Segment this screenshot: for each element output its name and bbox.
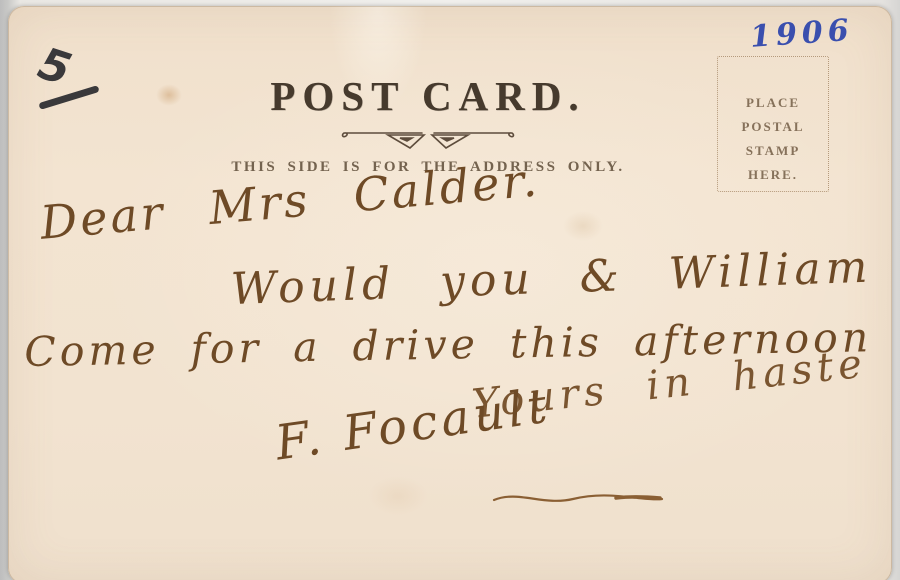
stamp-box-line: POSTAL: [718, 115, 828, 139]
signature-flourish-icon: [488, 484, 668, 514]
signature: F. Focault: [272, 377, 554, 471]
message-line: Would you & William: [230, 242, 873, 315]
stamp-box-line: PLACE: [718, 91, 828, 115]
flourish-divider-icon: [338, 126, 518, 154]
paper-stain: [368, 476, 428, 516]
stamp-box-line: STAMP: [718, 139, 828, 163]
paper-stain: [563, 211, 603, 241]
stamp-box: PLACE POSTAL STAMP HERE.: [717, 56, 829, 192]
handwritten-year: 1906: [749, 13, 855, 55]
stamp-box-line: HERE.: [718, 163, 828, 187]
postcard-back: 5 1906 POST CARD. THIS SIDE IS FOR THE A…: [8, 6, 892, 580]
